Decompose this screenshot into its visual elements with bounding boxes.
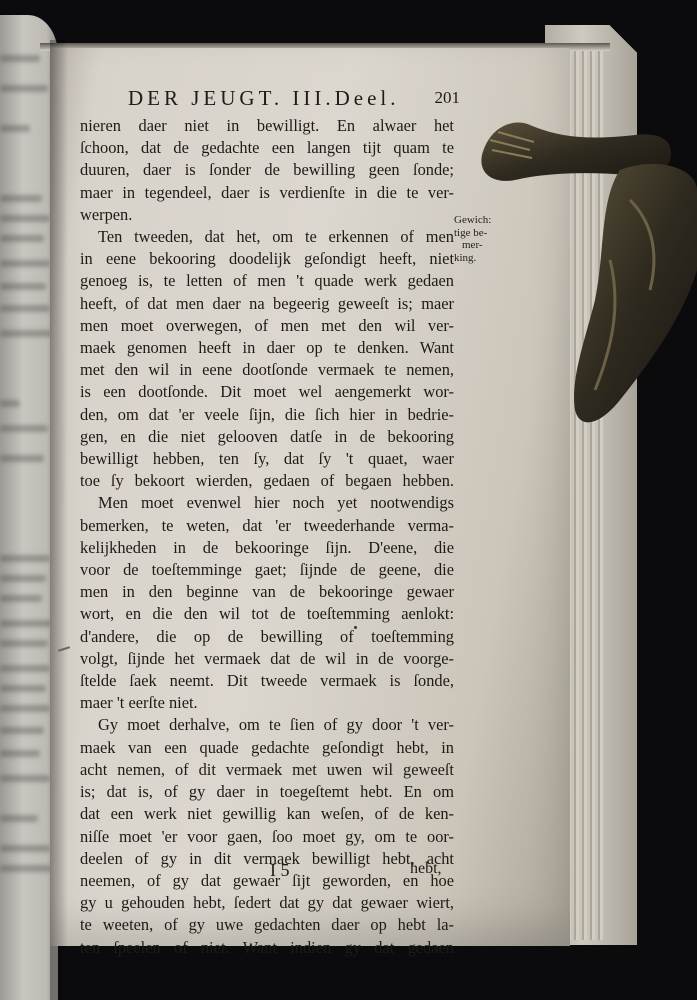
text-line: is; dat is, of gy daer in toegeſtemt heb…	[80, 781, 454, 803]
spine-shadow	[50, 40, 68, 1000]
text-line: toe ſy bekoort wierden, gedaen of begaen…	[80, 470, 454, 492]
text-line: ſtelde ſaek neemt. Dit tweede vermaek is…	[80, 670, 454, 692]
text-line: met den wil in eene dootſonde vermaek te…	[80, 359, 454, 381]
text-line: maer 't eerſte niet.	[80, 692, 454, 714]
text-line: in eene bekooring doodelijk geſondigt he…	[80, 248, 454, 270]
page-number: 201	[435, 88, 461, 108]
text-line: deelen of gy in dit vermaek bewilligt he…	[80, 848, 454, 870]
brass-bird-bookmark-icon	[470, 110, 697, 440]
text-line: gy u gehouden hebt, ſedert dat gy dat ge…	[80, 892, 454, 914]
text-line: wort, en die den wil tot de toeſtemming …	[80, 603, 454, 625]
text-line: acht nemen, of dit vermaek met uwen wil …	[80, 759, 454, 781]
text-line: bemerken, te weten, dat 'er tweederhande…	[80, 515, 454, 537]
text-line: maer in tegendeel, daer is verdienſte in…	[80, 182, 454, 204]
body-text: nieren daer niet in bewilligt. En alwaer…	[80, 115, 454, 959]
text-line: men moet overwegen, of men met den wil v…	[80, 315, 454, 337]
text-line: Ten tweeden, dat het, om te erkennen of …	[80, 226, 454, 248]
text-line: te weeten, of gy uwe gedachten daer op h…	[80, 914, 454, 936]
text-line: den, om dat 'er veele ſijn, die ſich hie…	[80, 404, 454, 426]
text-line: bewilligt hebben, ten ſy, dat ſy 't quae…	[80, 448, 454, 470]
text-line: nieren daer niet in bewilligt. En alwaer…	[80, 115, 454, 137]
book-photo: DER JEUGT. III.Deel. 201 nieren daer nie…	[0, 0, 697, 1000]
text-line: duuren, daer is ſonder de bewilling geen…	[80, 159, 454, 181]
catchword: hebt,	[410, 860, 442, 878]
text-line: niſſe moet 'er voor gaen, ſoo moet gy, o…	[80, 826, 454, 848]
text-line: ten ſpeelen of niet. Want indien gy dat …	[80, 937, 454, 959]
text-line: ſchoon, dat de gedachte een langen tijt …	[80, 137, 454, 159]
text-line: volgt, ſijnde het vermaek dat de wil in …	[80, 648, 454, 670]
ink-speck	[354, 626, 357, 629]
text-line: heeft, of dat men daer na begeerig gewee…	[80, 293, 454, 315]
text-line: neemen, of gy dat gewaer ſijt geworden, …	[80, 870, 454, 892]
text-line: Gy moet derhalve, om te ſien of gy door …	[80, 714, 454, 736]
text-line: d'andere, die op de bewilling of toeſtem…	[80, 626, 454, 648]
text-line: genoeg is, te letten of men 't quade wer…	[80, 270, 454, 292]
text-line: werpen.	[80, 204, 454, 226]
text-line: Men moet evenwel hier noch yet nootwendi…	[80, 492, 454, 514]
text-line: maek van een quade gedachte geſondigt he…	[80, 737, 454, 759]
text-line: dat een werk niet gewillig kan weſen, of…	[80, 803, 454, 825]
running-head-title: DER JEUGT. III.Deel.	[128, 86, 399, 110]
text-line: men in den beginne van de bekooringe gew…	[80, 581, 454, 603]
signature-mark: I 5	[270, 860, 290, 881]
text-line: voor de toeſtemminge gaet; ſijnde de gee…	[80, 559, 454, 581]
text-line: gen, en die niet gelooven datſe in de be…	[80, 426, 454, 448]
text-line: maek genomen heeft in daer op te denken.…	[80, 337, 454, 359]
text-line: is een dootſonde. Dit moet wel aengemerk…	[80, 381, 454, 403]
running-head: DER JEUGT. III.Deel. 201	[128, 86, 458, 111]
text-line: kelijkheden in de bekooringe ſijn. D'een…	[80, 537, 454, 559]
